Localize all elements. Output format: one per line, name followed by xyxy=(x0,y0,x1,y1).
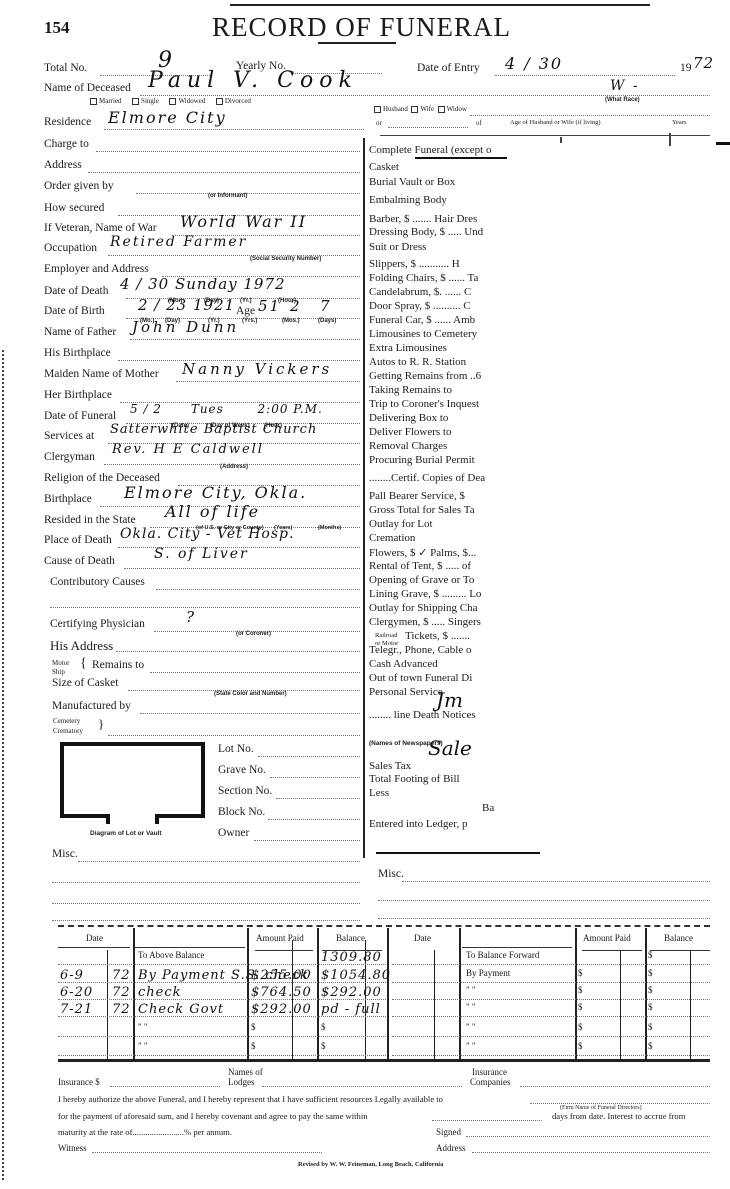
his-birthplace-label: His Birthplace xyxy=(44,347,111,359)
marital-married[interactable]: Married xyxy=(90,97,122,105)
resided-cap-months: (Months) xyxy=(318,525,341,531)
charge-item: Folding Chairs, $ ...... Ta xyxy=(369,272,478,284)
charge-item: Barber, $ ....... Hair Dres xyxy=(369,213,477,225)
ledger-right-header-date: Date xyxy=(414,933,431,943)
ledger-right-description: By Payment xyxy=(466,968,510,978)
lot-no-label: Lot No. xyxy=(218,743,254,755)
charge-item: Less xyxy=(369,787,389,799)
ledger-right-balance: $ xyxy=(648,968,653,978)
employer-label: Employer and Address xyxy=(44,263,149,275)
ledger-description: To Above Balance xyxy=(138,950,204,960)
occupation-value[interactable]: Retired Farmer xyxy=(110,234,247,250)
death-cap-yr: (Yr.) xyxy=(240,298,252,304)
charge-item: Cash Advanced xyxy=(369,658,438,670)
lodges-label-bottom: Lodges xyxy=(228,1077,255,1087)
age-days[interactable]: 7 xyxy=(320,297,332,315)
ledger-year[interactable]: 72 xyxy=(112,985,131,1000)
remains-prefix-ship: Ship xyxy=(52,668,65,676)
spouse-age-unit: Years xyxy=(672,119,687,126)
charges-heading: Complete Funeral (except o xyxy=(369,144,492,156)
ledger-right-balance: $ xyxy=(648,1002,653,1012)
date-of-entry-label: Date of Entry xyxy=(417,62,480,74)
charge-item: Suit or Dress xyxy=(369,241,426,253)
ledger-description[interactable]: check xyxy=(138,985,182,1000)
remains-prefix-motor: Motor xyxy=(52,659,70,667)
clergyman-caption: (Address) xyxy=(220,464,248,470)
ledger-amount[interactable]: $255.00 xyxy=(251,968,312,983)
charge-item: Outlay for Lot xyxy=(369,518,433,530)
page-title: RECORD OF FUNERAL xyxy=(212,12,511,43)
charge-item: Burial Vault or Box xyxy=(369,176,455,188)
name-of-deceased-label: Name of Deceased xyxy=(44,82,131,94)
spouse-wife[interactable]: Wife xyxy=(411,105,434,113)
ledger-right-amount: $ xyxy=(578,1022,583,1032)
marital-widowed[interactable]: Widowed xyxy=(169,97,205,105)
father-name-label: Name of Father xyxy=(44,326,116,338)
date-of-birth-label: Date of Birth xyxy=(44,305,105,317)
charge-item: Trip to Coroner's Inquest xyxy=(369,398,479,410)
ledger-right-description: " " xyxy=(466,985,476,995)
address-label: Address xyxy=(44,159,82,171)
spouse-options: Husband Wife Widow xyxy=(374,105,467,113)
services-at-value[interactable]: Satterwhite Baptist Church xyxy=(110,422,317,437)
ledger-right-description: " " xyxy=(466,1002,476,1012)
age-years[interactable]: 51 xyxy=(258,297,281,315)
charge-item: ........Certif. Copies of Dea xyxy=(369,472,485,484)
authorization-line-2a: for the payment of aforesaid sum, and I … xyxy=(58,1111,368,1121)
veteran-war-value[interactable]: World War II xyxy=(180,212,307,231)
revision-credit: Revised by W. W. Feineman, Long Beach, C… xyxy=(298,1161,443,1168)
father-name-value[interactable]: John Dunn xyxy=(132,318,239,336)
certifying-physician-value[interactable]: ? xyxy=(186,608,196,626)
physician-caption: (or Coroner) xyxy=(236,631,271,637)
resided-value[interactable]: All of life xyxy=(165,502,260,521)
marital-options: Married Single Widowed Divorced xyxy=(90,97,251,105)
ledger-left-header-date: Date xyxy=(86,933,103,943)
owner-label: Owner xyxy=(218,827,249,839)
date-of-funeral-label: Date of Funeral xyxy=(44,410,116,422)
spouse-or: or xyxy=(376,119,382,127)
date-of-death-label: Date of Death xyxy=(44,285,109,297)
ledger-year[interactable]: 72 xyxy=(112,1002,131,1017)
birth-cap-yrs: (Yrs.) xyxy=(242,318,257,324)
residence-label: Residence xyxy=(44,116,91,128)
casket-caption: (State Color and Number) xyxy=(214,691,287,697)
services-at-label: Services at xyxy=(44,430,94,442)
mother-maiden-name-label: Maiden Name of Mother xyxy=(44,368,159,380)
birth-cap-mos: (Mos.) xyxy=(282,318,300,324)
ledger-date[interactable]: 6-9 xyxy=(60,968,84,983)
remains-to-label: Remains to xyxy=(92,659,144,671)
grave-no-label: Grave No. xyxy=(218,764,266,776)
ledger-balance[interactable]: pd - full xyxy=(321,1002,381,1017)
age-months[interactable]: 2 xyxy=(290,297,302,315)
charge-item: Gross Total for Sales Ta xyxy=(369,504,475,516)
date-of-funeral-value[interactable]: 5 / 2 Tues 2:00 P.M. xyxy=(130,402,323,416)
authorization-line-2b: days from date. Interest to accrue from xyxy=(552,1111,685,1121)
cause-of-death-value[interactable]: S. of Liver xyxy=(154,546,249,562)
charge-item: Rental of Tent, $ ..... of xyxy=(369,560,471,572)
charge-item: Dressing Body, $ ..... Und xyxy=(369,226,483,238)
ledger-balance[interactable]: $1054.80 xyxy=(321,968,391,983)
charge-item: Personal Service xyxy=(369,686,443,698)
ledger-top-rule xyxy=(58,925,710,928)
date-of-death-value[interactable]: 4 / 30 Sunday 1972 xyxy=(120,275,286,293)
misc-left-label: Misc. xyxy=(52,848,78,860)
marital-single[interactable]: Single xyxy=(132,97,159,105)
ledger-left-header-amount: Amount Paid xyxy=(256,933,304,943)
charge-item: Lining Grave, $ ......... Lo xyxy=(369,588,481,600)
resided-label: Resided in the State xyxy=(44,514,136,526)
charge-item: Out of town Funeral Di xyxy=(369,672,472,684)
ledger-right-balance: $ xyxy=(648,1022,653,1032)
birth-cap-days: (Days) xyxy=(318,318,336,324)
charge-item: Cremation xyxy=(369,532,415,544)
ledger-description[interactable]: Check Govt xyxy=(138,1002,224,1017)
charge-item: Limousines to Cemetery xyxy=(369,328,477,340)
race-caption: (What Race) xyxy=(605,97,640,103)
charge-item: Total Footing of Bill xyxy=(369,773,460,785)
ledger-right-description: " " xyxy=(466,1022,476,1032)
entry-year-value[interactable]: 72 xyxy=(693,54,714,72)
charge-item: Opening of Grave or To xyxy=(369,574,474,586)
cemetery-label: Cemetery xyxy=(53,717,80,725)
tickets-prefix-motor: or Motor xyxy=(375,640,398,647)
charge-item: Outlay for Shipping Cha xyxy=(369,602,477,614)
ledger-amount: $ xyxy=(251,1041,256,1051)
charge-item: Removal Charges xyxy=(369,440,447,452)
contributory-causes-label: Contributory Causes xyxy=(50,576,145,588)
title-rule-top xyxy=(230,4,650,6)
order-given-by-caption: (or Informant) xyxy=(208,193,247,199)
ins-companies-top: Insurance xyxy=(472,1067,507,1077)
her-birthplace-label: Her Birthplace xyxy=(44,389,112,401)
physician-address-label: His Address xyxy=(50,638,113,654)
ledger-balance: $ xyxy=(321,1041,326,1051)
residence-value[interactable]: Elmore City xyxy=(108,108,227,127)
personal-service-signature: Jm xyxy=(436,688,463,712)
ledger-date[interactable]: 6-20 xyxy=(60,985,93,1000)
spouse-husband[interactable]: Husband xyxy=(374,105,408,113)
lot-diagram-box xyxy=(60,742,205,818)
total-no-label: Total No. xyxy=(44,62,87,74)
scan-edge-left xyxy=(2,350,5,1180)
spouse-widow[interactable]: Widow xyxy=(438,105,467,113)
lodges-label-top: Names of xyxy=(228,1067,263,1077)
authorization-line-1: I hereby authorize the above Funeral, an… xyxy=(58,1094,443,1104)
ledger-right-header-balance: Balance xyxy=(664,933,693,943)
ledger-balance: $ xyxy=(321,1022,326,1032)
signed-label: Signed xyxy=(436,1127,461,1137)
charge-item: Pall Bearer Service, $ xyxy=(369,490,465,502)
column-divider xyxy=(363,138,365,858)
ledger-balance[interactable]: $292.00 xyxy=(321,985,382,1000)
ledger-amount[interactable]: $292.00 xyxy=(251,1002,312,1017)
manufactured-by-label: Manufactured by xyxy=(52,700,131,712)
size-of-casket-label: Size of Casket xyxy=(52,677,118,689)
ledger-balance[interactable]: 1309.80 xyxy=(321,950,382,965)
charge-item: Flowers, $ ✓ Palms, $... xyxy=(369,546,476,559)
veteran-war-label: If Veteran, Name of War xyxy=(44,222,157,234)
charge-item: Ba xyxy=(482,802,494,814)
ledger-right-balance: $ xyxy=(648,950,653,960)
birthplace-value[interactable]: Elmore City, Okla. xyxy=(124,483,307,502)
tickets-prefix-railroad: Railroad xyxy=(375,632,397,639)
page-number: 154 xyxy=(44,18,70,38)
ledger-right-description: To Balance Forward xyxy=(466,950,539,960)
ledger-right-amount: $ xyxy=(578,985,583,995)
charge-item: Autos to R. R. Station xyxy=(369,356,466,368)
charge-item: Door Spray, $ .......... C xyxy=(369,300,471,312)
ledger-right-amount: $ xyxy=(578,968,583,978)
ledger-right-balance: $ xyxy=(648,1041,653,1051)
spouse-age-label: Age of Husband or Wife (if living) xyxy=(510,119,601,126)
occupation-label: Occupation xyxy=(44,242,97,254)
certifying-physician-label: Certifying Physician xyxy=(50,618,145,630)
ledger-right-balance: $ xyxy=(648,985,653,995)
address-label-footer: Address xyxy=(436,1143,466,1153)
charge-item: Slippers, $ ........... H xyxy=(369,258,460,270)
age-label: Age xyxy=(236,305,255,317)
ledger-right-amount: $ xyxy=(578,1041,583,1051)
race-value[interactable]: W - xyxy=(610,78,640,94)
block-no-label: Block No. xyxy=(218,806,265,818)
crematory-label: Crematory xyxy=(53,727,83,735)
ledger-description: " " xyxy=(138,1022,148,1032)
ledger-amount[interactable]: $764.50 xyxy=(251,985,312,1000)
charge-item: Casket xyxy=(369,161,399,173)
ledger-right-amount: $ xyxy=(578,1002,583,1012)
ledger-year[interactable]: 72 xyxy=(112,968,131,983)
ledger-description: " " xyxy=(138,1041,148,1051)
ins-companies-bottom: Companies xyxy=(470,1077,511,1087)
ssn-caption: (Social Security Number) xyxy=(250,256,321,262)
charge-item: Procuring Burial Permit xyxy=(369,454,475,466)
charge-item: Tickets, $ ....... xyxy=(405,630,470,642)
charge-item: Embalming Body xyxy=(369,194,447,206)
spouse-of: of xyxy=(476,119,482,127)
authorization-line-3: maturity at the rate of.................… xyxy=(58,1127,232,1137)
place-of-death-value[interactable]: Okla. City - Vet Hosp. xyxy=(120,526,294,542)
charge-item: Candelabrum, $. ...... C xyxy=(369,286,471,298)
charge-to-label: Charge to xyxy=(44,138,89,150)
clergyman-value[interactable]: Rev. H E Caldwell xyxy=(112,442,264,457)
place-of-death-label: Place of Death xyxy=(44,534,112,546)
mother-maiden-name-value[interactable]: Nanny Vickers xyxy=(182,360,332,378)
entry-year-prefix: 19 xyxy=(680,62,692,74)
sales-tax-signature: Sale xyxy=(428,736,472,760)
date-of-birth-value[interactable]: 2 / 23 1921 xyxy=(138,296,235,314)
charge-item: Entered into Ledger, p xyxy=(369,818,468,830)
ledger-right-description: " " xyxy=(466,1041,476,1051)
section-no-label: Section No. xyxy=(218,785,272,797)
order-given-by-label: Order given by xyxy=(44,180,114,192)
date-of-entry-value[interactable]: 4 / 30 xyxy=(505,54,563,73)
marital-divorced[interactable]: Divorced xyxy=(216,97,251,105)
ledger-left-header-balance: Balance xyxy=(336,933,365,943)
charge-item: Getting Remains from ..6 xyxy=(369,370,481,382)
birthplace-label: Birthplace xyxy=(44,493,92,505)
charge-item: Delivering Box to xyxy=(369,412,448,424)
witness-label: Witness xyxy=(58,1143,87,1153)
charge-item: Clergymen, $ ..... Singers xyxy=(369,616,481,628)
charge-item: Deliver Flowers to xyxy=(369,426,451,438)
ledger-date[interactable]: 7-21 xyxy=(60,1002,93,1017)
charge-item: Extra Limousines xyxy=(369,342,447,354)
charge-item: Funeral Car, $ ...... Amb xyxy=(369,314,475,326)
name-of-deceased-value[interactable]: Paul V. Cook xyxy=(148,68,358,93)
insurance-label: Insurance $ xyxy=(58,1077,100,1087)
how-secured-label: How secured xyxy=(44,202,104,214)
charge-item: Sales Tax xyxy=(369,760,411,772)
misc-right-label: Misc. xyxy=(378,868,404,880)
charge-item: Taking Remains to xyxy=(369,384,452,396)
ledger-bottom-rule xyxy=(58,1059,710,1062)
ledger-right-header-amount: Amount Paid xyxy=(583,933,631,943)
ledger-amount: $ xyxy=(251,1022,256,1032)
clergyman-label: Clergyman xyxy=(44,451,95,463)
lot-diagram-caption: Diagram of Lot or Vault xyxy=(90,830,162,837)
title-rule-under xyxy=(318,42,396,44)
cause-of-death-label: Cause of Death xyxy=(44,555,115,567)
